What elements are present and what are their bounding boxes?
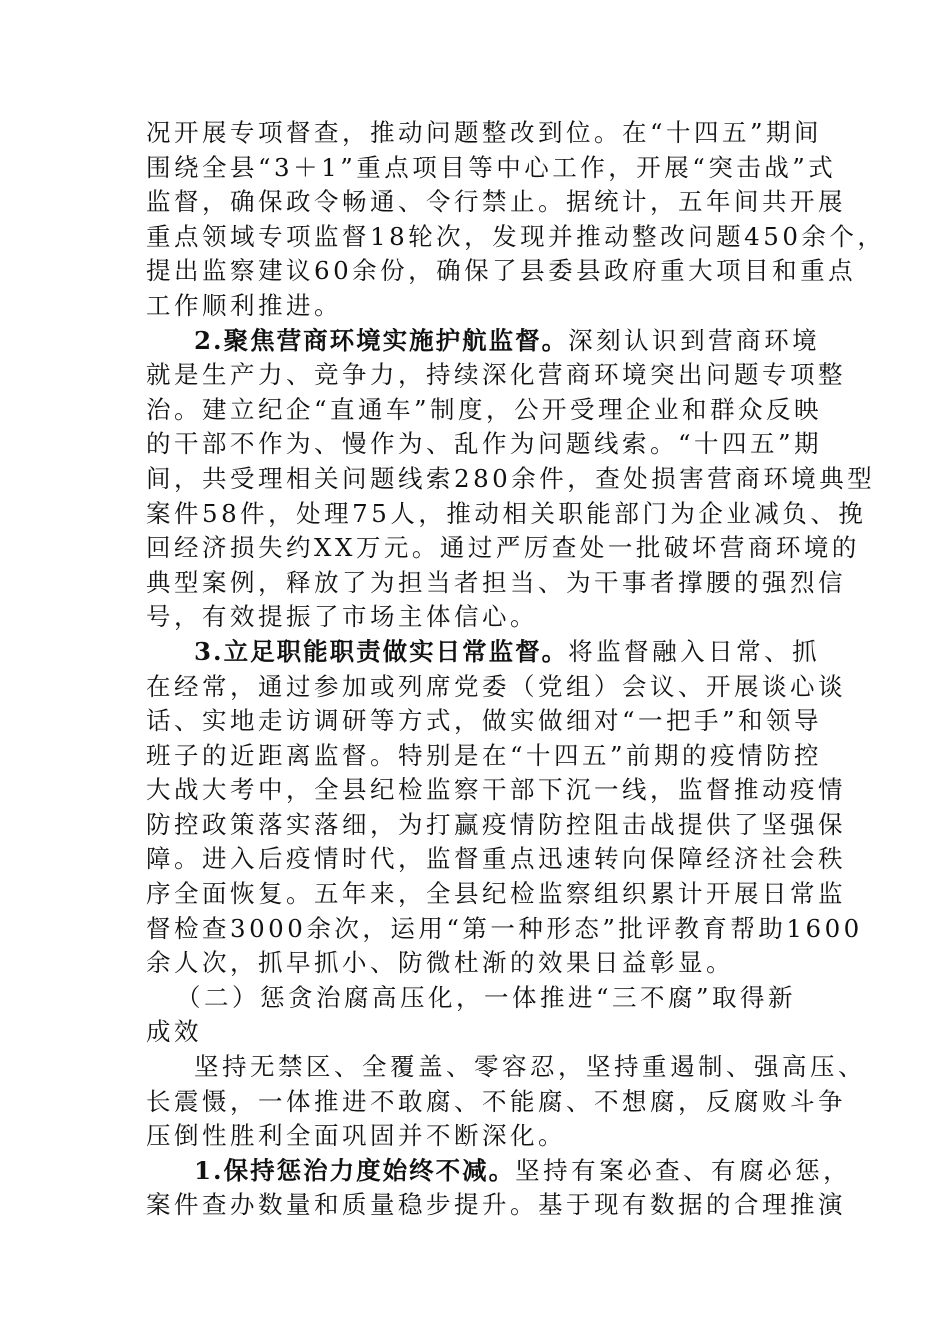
item-1-heading-line: 1.保持惩治力度始终不减。坚持有案必查、有腐必惩，: [146, 1154, 826, 1189]
section-heading-cont: 成效: [146, 1015, 826, 1050]
para-line: 重点领域专项监督18轮次，发现并推动整改问题450余个，: [146, 220, 826, 255]
item-2-text: 深刻认识到营商环境: [568, 326, 820, 355]
para-line: 工作顺利推进。: [146, 289, 826, 324]
section-heading: （二）惩贪治腐高压化，一体推进“三不腐”取得新: [146, 981, 826, 1016]
item-3-title: 3.立足职能职责做实日常监督。: [194, 637, 568, 666]
document-page: 况开展专项督查，推动问题整改到位。在“十四五”期间 围绕全县“3＋1”重点项目等…: [146, 116, 826, 1223]
para-line: 监督，确保政令畅通、令行禁止。据统计，五年间共开展: [146, 185, 826, 220]
item-2-heading-line: 2.聚焦营商环境实施护航监督。深刻认识到营商环境: [146, 324, 826, 359]
para-line: 就是生产力、竞争力，持续深化营商环境突出问题专项整: [146, 358, 826, 393]
para-line: 号，有效提振了市场主体信心。: [146, 600, 826, 635]
para-line: 障。进入后疫情时代，监督重点迅速转向保障经济社会秩: [146, 842, 826, 877]
para-line: 的干部不作为、慢作为、乱作为问题线索。“十四五”期: [146, 427, 826, 462]
para-line: 督检查3000余次，运用“第一种形态”批评教育帮助1600: [146, 912, 826, 947]
para-line: 话、实地走访调研等方式，做实做细对“一把手”和领导: [146, 704, 826, 739]
item-2-title: 2.聚焦营商环境实施护航监督。: [194, 326, 568, 355]
para-line: 长震慑，一体推进不敢腐、不能腐、不想腐，反腐败斗争: [146, 1085, 826, 1120]
para-line: 围绕全县“3＋1”重点项目等中心工作，开展“突击战”式: [146, 151, 826, 186]
item-3-heading-line: 3.立足职能职责做实日常监督。将监督融入日常、抓: [146, 635, 826, 670]
item-3-text: 将监督融入日常、抓: [568, 637, 820, 666]
item-1-title: 1.保持惩治力度始终不减。: [194, 1156, 515, 1185]
para-line: 大战大考中，全县纪检监察干部下沉一线，监督推动疫情: [146, 773, 826, 808]
para-line: 况开展专项督查，推动问题整改到位。在“十四五”期间: [146, 116, 826, 151]
para-line: 间，共受理相关问题线索280余件，查处损害营商环境典型: [146, 462, 826, 497]
para-line: 班子的近距离监督。特别是在“十四五”前期的疫情防控: [146, 739, 826, 774]
item-1-text: 坚持有案必查、有腐必惩，: [515, 1156, 851, 1185]
para-line: 在经常，通过参加或列席党委（党组）会议、开展谈心谈: [146, 670, 826, 705]
para-line: 坚持无禁区、全覆盖、零容忍，坚持重遏制、强高压、: [146, 1050, 826, 1085]
para-line: 典型案例，释放了为担当者担当、为干事者撑腰的强烈信: [146, 566, 826, 601]
para-line: 提出监察建议60余份，确保了县委县政府重大项目和重点: [146, 254, 826, 289]
para-line: 回经济损失约XX万元。通过严厉查处一批破坏营商环境的: [146, 531, 826, 566]
para-line: 压倒性胜利全面巩固并不断深化。: [146, 1119, 826, 1154]
para-line: 治。建立纪企“直通车”制度，公开受理企业和群众反映: [146, 393, 826, 428]
para-line: 案件58件，处理75人，推动相关职能部门为企业减负、挽: [146, 497, 826, 532]
para-line: 余人次，抓早抓小、防微杜渐的效果日益彰显。: [146, 946, 826, 981]
para-line: 序全面恢复。五年来，全县纪检监察组织累计开展日常监: [146, 877, 826, 912]
para-line: 案件查办数量和质量稳步提升。基于现有数据的合理推演: [146, 1188, 826, 1223]
para-line: 防控政策落实落细，为打赢疫情防控阻击战提供了坚强保: [146, 808, 826, 843]
